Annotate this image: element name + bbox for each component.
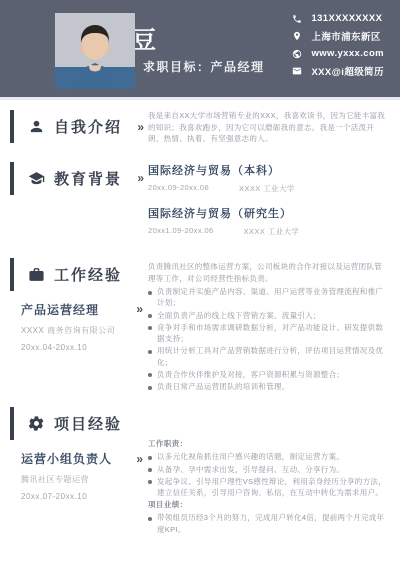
gear-icon	[28, 415, 45, 432]
project-role: 运营小组负责人	[21, 450, 112, 467]
project-result-list: 带领组员历经3个月的努力，完成用户转化4倍，提前两个月完成年度KPI。	[148, 512, 386, 535]
work-entry-summary: 产品运营经理 » XXXX 商务咨询有限公司 20xx.04-20xx.10	[10, 301, 148, 352]
intro-text: 我是来自XX大学市场营销专业的XXX，我喜欢读书，因为它能丰富我的知识；我喜欢跑…	[148, 110, 386, 145]
education-section-title: 教育背景	[54, 168, 122, 189]
chevron-right-icon: »	[136, 302, 144, 316]
intro-heading-column: 自我介绍 »	[10, 110, 148, 143]
work-bullet: 负责日常产品运营团队的培训和管理。	[148, 381, 386, 392]
work-date: 20xx.04-20xx.10	[21, 343, 148, 352]
education-meta: 20xx1.09-20xx.06 XXXX 工业大学	[148, 226, 386, 237]
work-bullet: 负责合作伙伴维护及对接，客户资源积累与资源整合；	[148, 369, 386, 380]
work-role: 产品运营经理	[21, 301, 99, 318]
project-duty-list: 以多元化视角抓住用户感兴趣的话题，制定运营方案。 从备孕、孕中需求出发，引导提问…	[148, 451, 386, 498]
contact-location: 上海市浦东新区	[291, 29, 384, 43]
contact-website: www.yxxx.com	[291, 48, 384, 59]
profile-photo-illustration	[55, 13, 135, 89]
project-role-row: 运营小组负责人 »	[21, 450, 148, 467]
section-self-introduction: 自我介绍 » 我是来自XX大学市场营销专业的XXX，我喜欢读书，因为它能丰富我的…	[10, 110, 386, 145]
work-content: 负责腾讯社区的整体运营方案，公司板块的合作对接以及运营团队管理等工作，对公司经营…	[148, 258, 386, 394]
intro-content: 我是来自XX大学市场营销专业的XXX，我喜欢读书，因为它能丰富我的知识；我喜欢跑…	[148, 110, 386, 145]
globe-icon	[291, 48, 302, 59]
contact-location-text: 上海市浦东新区	[311, 29, 380, 43]
person-icon	[28, 118, 45, 135]
work-summary: 负责腾讯社区的整体运营方案，公司板块的合作对接以及运营团队管理等工作，对公司经营…	[148, 261, 386, 284]
intro-section-header: 自我介绍 »	[10, 110, 148, 143]
location-icon	[291, 31, 302, 42]
intro-section-title: 自我介绍	[54, 116, 122, 137]
work-company: XXXX 商务咨询有限公司	[21, 325, 148, 336]
project-section-header: 项目经验	[10, 407, 148, 440]
work-bullet-list: 负责制定并实施产品内容、渠道、用户运营等业务管理流程和推广计划； 全面负责产品的…	[148, 286, 386, 392]
resume-page: 豆 求职目标：产品经理 131XXXXXXXX	[0, 0, 400, 565]
resume-header: 豆 求职目标：产品经理 131XXXXXXXX	[0, 0, 400, 100]
contact-email-text: XXX@i超级简历	[311, 64, 384, 78]
work-heading-column: 工作经验 产品运营经理 » XXXX 商务咨询有限公司 20xx.04-20xx…	[10, 258, 148, 352]
project-date: 20xx.07-20xx.10	[21, 492, 148, 501]
project-duty-label: 工作职责：	[148, 438, 386, 449]
education-content: 国际经济与贸易（本科） 20xx.09-20xx.06 XXXX 工业大学 国际…	[148, 162, 386, 248]
education-school: XXXX 工业大学	[239, 183, 295, 194]
work-bullet: 竞争对手和市场需求调研数据分析，对产品功能设计、研发提供数据支持；	[148, 322, 386, 345]
graduation-cap-icon	[28, 170, 45, 187]
contact-phone-text: 131XXXXXXXX	[311, 13, 382, 24]
profile-photo	[55, 13, 135, 89]
education-entry: 国际经济与贸易（本科） 20xx.09-20xx.06 XXXX 工业大学	[148, 162, 386, 194]
work-role-row: 产品运营经理 »	[21, 301, 148, 318]
education-date: 20xx1.09-20xx.06	[148, 226, 214, 237]
contact-phone: 131XXXXXXXX	[291, 13, 384, 24]
job-target: 求职目标：产品经理	[143, 58, 265, 75]
work-section-header: 工作经验	[10, 258, 148, 291]
project-duty: 从备孕、孕中需求出发，引导提问、互动、分享行为。	[148, 464, 386, 475]
education-entry: 国际经济与贸易（研究生） 20xx1.09-20xx.06 XXXX 工业大学	[148, 205, 386, 237]
section-education: 教育背景 » 国际经济与贸易（本科） 20xx.09-20xx.06 XXXX …	[10, 162, 386, 248]
briefcase-icon	[28, 266, 45, 283]
section-project-experience: 项目经验 运营小组负责人 » 腾讯社区专题运营 20xx.07-20xx.10 …	[10, 407, 386, 536]
work-bullet: 全面负责产品的线上线下营销方案、流量引入；	[148, 310, 386, 321]
chevron-right-icon: »	[136, 452, 144, 466]
project-entry-summary: 运营小组负责人 » 腾讯社区专题运营 20xx.07-20xx.10	[10, 450, 148, 501]
work-bullet: 负责制定并实施产品内容、渠道、用户运营等业务管理流程和推广计划；	[148, 286, 386, 309]
chevron-right-icon: »	[137, 120, 144, 134]
work-bullet: 用统计分析工具对产品营销数据进行分析，评估项目运营情况及优化；	[148, 345, 386, 368]
education-heading-column: 教育背景 »	[10, 162, 148, 195]
project-result: 带领组员历经3个月的努力，完成用户转化4倍，提前两个月完成年度KPI。	[148, 512, 386, 535]
section-work-experience: 工作经验 产品运营经理 » XXXX 商务咨询有限公司 20xx.04-20xx…	[10, 258, 386, 394]
project-heading-column: 项目经验 运营小组负责人 » 腾讯社区专题运营 20xx.07-20xx.10	[10, 407, 148, 501]
chevron-right-icon: »	[137, 171, 144, 185]
project-section-title: 项目经验	[54, 413, 122, 434]
project-duty: 以多元化视角抓住用户感兴趣的话题，制定运营方案。	[148, 451, 386, 462]
project-result-label: 项目业绩：	[148, 499, 386, 510]
candidate-name: 豆	[132, 20, 158, 55]
resume-body: 自我介绍 » 我是来自XX大学市场营销专业的XXX，我喜欢读书，因为它能丰富我的…	[0, 100, 400, 536]
project-duty: 发起争议、引导用户理性VS感性辩论，利用亲身经历分享的方法，建立信任关系，引导用…	[148, 476, 386, 499]
education-section-header: 教育背景 »	[10, 162, 148, 195]
education-school: XXXX 工业大学	[244, 226, 300, 237]
contact-email: XXX@i超级简历	[291, 64, 384, 78]
contact-list: 131XXXXXXXX 上海市浦东新区 www.yxxx.com XXX@i超级…	[291, 13, 384, 78]
project-company: 腾讯社区专题运营	[21, 474, 148, 485]
education-meta: 20xx.09-20xx.06 XXXX 工业大学	[148, 183, 386, 194]
education-degree: 国际经济与贸易（研究生）	[148, 205, 386, 221]
contact-website-text: www.yxxx.com	[311, 48, 384, 59]
project-content: 工作职责： 以多元化视角抓住用户感兴趣的话题，制定运营方案。 从备孕、孕中需求出…	[148, 407, 386, 536]
education-degree: 国际经济与贸易（本科）	[148, 162, 386, 178]
mail-icon	[291, 66, 302, 77]
work-section-title: 工作经验	[54, 264, 122, 285]
education-date: 20xx.09-20xx.06	[148, 183, 209, 194]
phone-icon	[291, 13, 302, 24]
